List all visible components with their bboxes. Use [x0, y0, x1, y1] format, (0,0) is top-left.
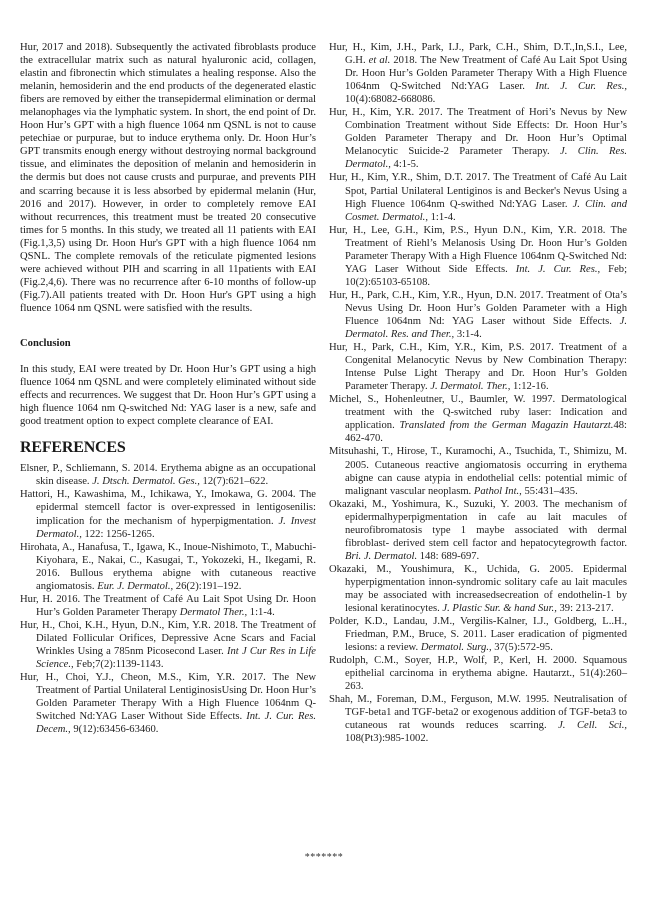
references-list-right: Hur, H., Kim, J.H., Park, I.J., Park, C.…	[329, 41, 627, 746]
end-of-article-marker: *******	[0, 852, 648, 863]
reference-item: Mitsuhashi, T., Hirose, T., Kuramochi, A…	[329, 445, 627, 497]
reference-item: Okazaki, M., Yoshimura, K., Suzuki, Y. 2…	[329, 498, 627, 563]
reference-item: Hur, H., Kim, Y.R., Shim, D.T. 2017. The…	[329, 171, 627, 223]
reference-item: Hur, H., Lee, G.H., Kim, P.S., Hyun D.N.…	[329, 224, 627, 289]
right-column: Hur, H., Kim, J.H., Park, I.J., Park, C.…	[329, 41, 627, 746]
reference-item: Elsner, P., Schliemann, S. 2014. Erythem…	[20, 462, 316, 488]
reference-item: Hur, H. 2016. The Treatment of Café Au L…	[20, 593, 316, 619]
reference-item: Hur, H., Kim, J.H., Park, I.J., Park, C.…	[329, 41, 627, 106]
reference-item: Hur, H., Choi, K.H., Hyun, D.N., Kim, Y.…	[20, 619, 316, 671]
reference-item: Polder, K.D., Landau, J.M., Vergilis-Kal…	[329, 615, 627, 654]
reference-item: Hur, H., Park, C.H., Kim, Y.R., Kim, P.S…	[329, 341, 627, 393]
left-column: Hur, 2017 and 2018). Subsequently the ac…	[20, 41, 316, 736]
reference-item: Hattori, H., Kawashima, M., Ichikawa, Y.…	[20, 488, 316, 540]
references-heading: REFERENCES	[20, 441, 316, 454]
conclusion-heading: Conclusion	[20, 337, 316, 350]
conclusion-paragraph: In this study, EAI were treated by Dr. H…	[20, 363, 316, 428]
reference-item: Hur, H., Choi, Y.J., Cheon, M.S., Kim, Y…	[20, 671, 316, 736]
reference-item: Hirohata, A., Hanafusa, T., Igawa, K., I…	[20, 541, 316, 593]
reference-item: Rudolph, C.M., Soyer, H.P., Wolf, P., Ke…	[329, 654, 627, 693]
reference-item: Michel, S., Hohenleutner, U., Baumler, W…	[329, 393, 627, 445]
reference-item: Okazaki, M., Youshimura, K., Uchida, G. …	[329, 563, 627, 615]
discussion-paragraph: Hur, 2017 and 2018). Subsequently the ac…	[20, 41, 316, 315]
reference-item: Hur, H., Park, C.H., Kim, Y.R., Hyun, D.…	[329, 289, 627, 341]
reference-item: Shah, M., Foreman, D.M., Ferguson, M.W. …	[329, 693, 627, 745]
reference-item: Hur, H., Kim, Y.R. 2017. The Treatment o…	[329, 106, 627, 171]
references-list-left: Elsner, P., Schliemann, S. 2014. Erythem…	[20, 462, 316, 736]
